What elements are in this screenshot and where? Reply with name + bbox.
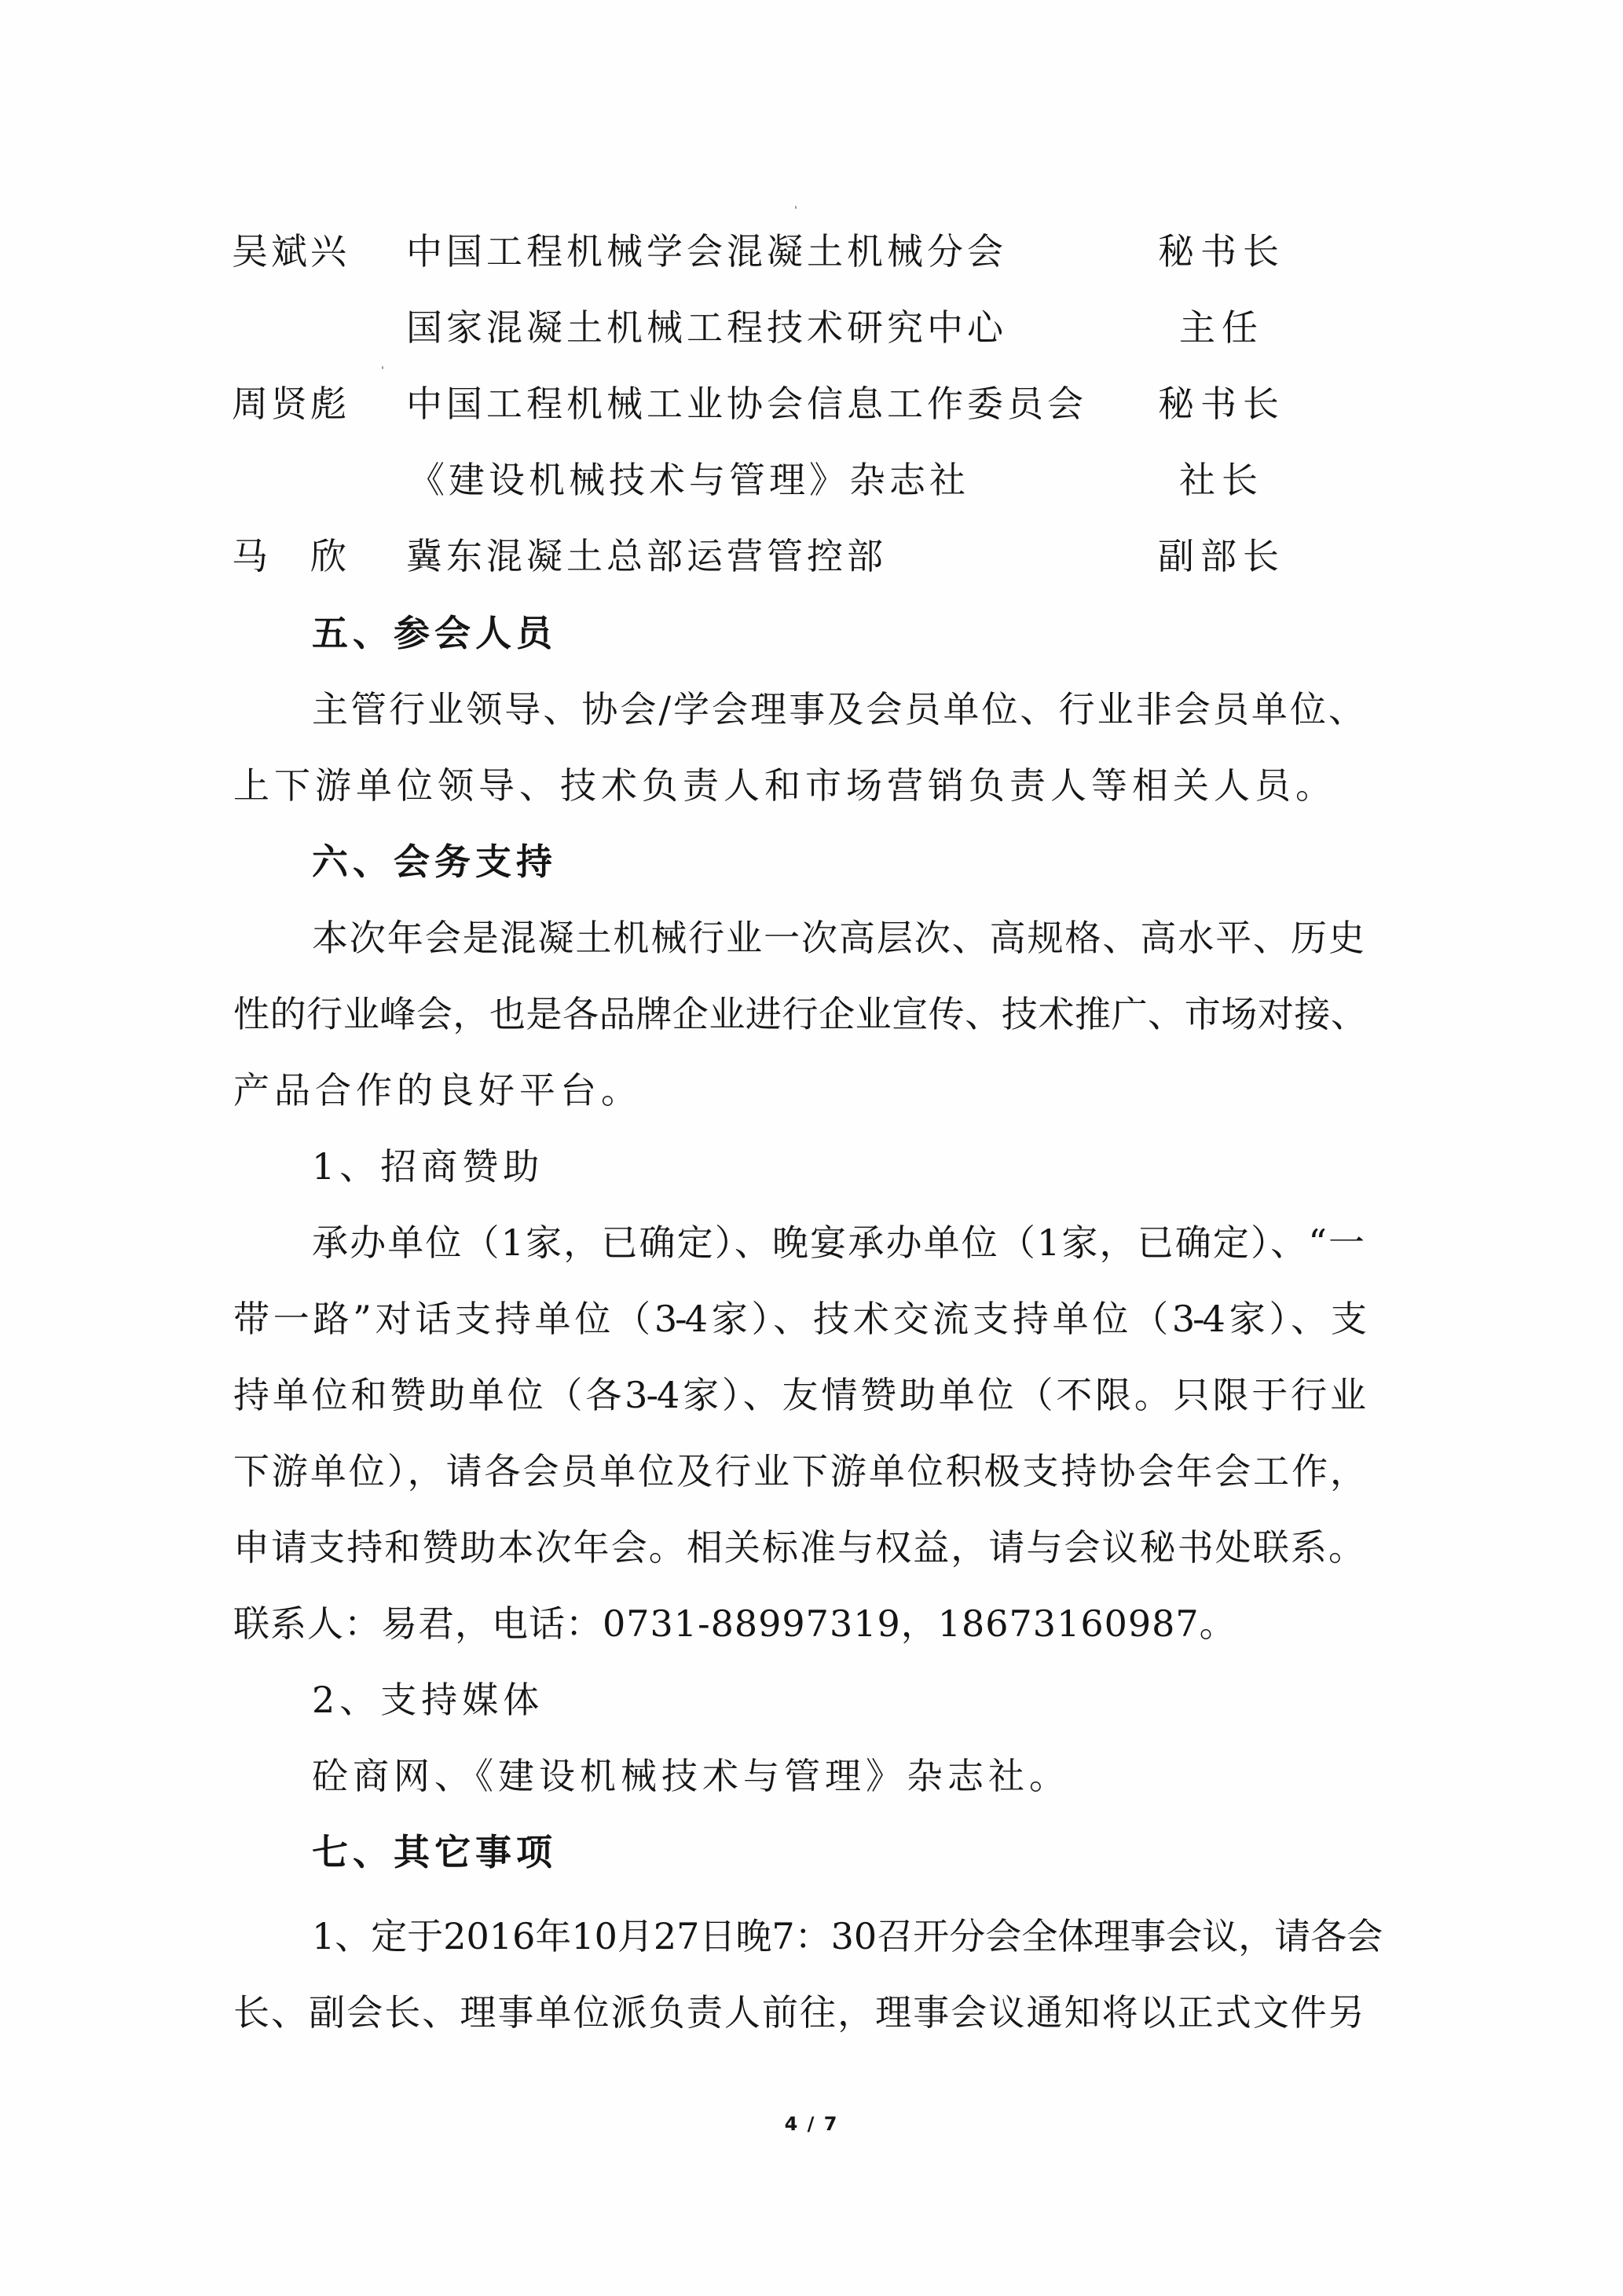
paragraph-line: 上下游单位领导、技术负责人和市场营销负责人等相关人员。 (233, 748, 1336, 824)
staff-organization: 《建设机械技术与管理》杂志社 (408, 442, 969, 518)
staff-row: 马 欣 冀东混凝土总部运营管控部 副部长 (0, 518, 1623, 595)
staff-title: 主任 (1123, 290, 1320, 366)
staff-name: 周贤彪 (232, 366, 389, 442)
paragraph-line: 带一路”对话支持单位（3-4家）、技术交流支持单位（3-4家）、支 (233, 1281, 1365, 1357)
staff-row: 国家混凝土机械工程技术研究中心 主任 (0, 290, 1623, 366)
paragraph-line: 1、定于2016年10月27日晚7：30召开分会全体理事会议，请各会 (312, 1899, 1365, 1975)
paragraph-line: 申请支持和赞助本次年会。相关标准与权益，请与会议秘书处联系。 (233, 1510, 1365, 1586)
paragraph-line: 承办单位（1家，已确定）、晚宴承办单位（1家，已确定）、“一 (312, 1205, 1365, 1281)
subsection-heading: 2、支持媒体 (312, 1662, 544, 1738)
contact-line: 联系人：易君，电话：0731-88997319，18673160987。 (233, 1586, 1236, 1662)
section-heading: 六、会务支持 (312, 824, 1365, 900)
staff-name: 马 欣 (232, 518, 389, 595)
staff-organization: 中国工程机械工业协会信息工作委员会 (406, 366, 1087, 442)
staff-title: 秘书长 (1123, 214, 1320, 290)
paragraph-line: 砼商网、《建设机械技术与管理》杂志社。 (312, 1738, 1070, 1814)
paragraph-line: 产品合作的良好平台。 (233, 1053, 642, 1129)
staff-name: 吴斌兴 (232, 214, 389, 290)
staff-organization: 中国工程机械学会混凝土机械分会 (406, 214, 1007, 290)
staff-title: 社长 (1123, 442, 1320, 518)
paragraph-line: 长、副会长、理事单位派负责人前往，理事会议通知将以正式文件另 (233, 1975, 1365, 2051)
scan-speck (795, 206, 797, 209)
staff-title: 秘书长 (1123, 366, 1320, 442)
subsection-heading: 1、招商赞助 (312, 1129, 544, 1205)
staff-row: 周贤彪 中国工程机械工业协会信息工作委员会 秘书长 (0, 366, 1623, 442)
staff-row: 《建设机械技术与管理》杂志社 社长 (0, 442, 1623, 518)
staff-row: 吴斌兴 中国工程机械学会混凝土机械分会 秘书长 (0, 214, 1623, 290)
page-number: 4 / 7 (0, 2113, 1623, 2135)
paragraph-line: 本次年会是混凝土机械行业一次高层次、高规格、高水平、历史 (312, 900, 1365, 976)
staff-organization: 冀东混凝土总部运营管控部 (406, 518, 887, 595)
section-heading: 五、参会人员 (312, 595, 1365, 672)
document-page: 吴斌兴 中国工程机械学会混凝土机械分会 秘书长 国家混凝土机械工程技术研究中心 … (0, 0, 1623, 2296)
section-heading: 七、其它事项 (312, 1814, 1365, 1891)
paragraph-line: 持单位和赞助单位（各3-4家）、友情赞助单位（不限。只限于行业 (233, 1357, 1365, 1434)
staff-organization: 国家混凝土机械工程技术研究中心 (406, 290, 1007, 366)
paragraph-line: 主管行业领导、协会/学会理事及会员单位、行业非会员单位、 (312, 672, 1365, 748)
paragraph-line: 性的行业峰会，也是各品牌企业进行企业宣传、技术推广、市场对接、 (233, 976, 1365, 1053)
paragraph-line: 下游单位），请各会员单位及行业下游单位积极支持协会年会工作， (233, 1434, 1365, 1510)
staff-title: 副部长 (1123, 518, 1320, 595)
